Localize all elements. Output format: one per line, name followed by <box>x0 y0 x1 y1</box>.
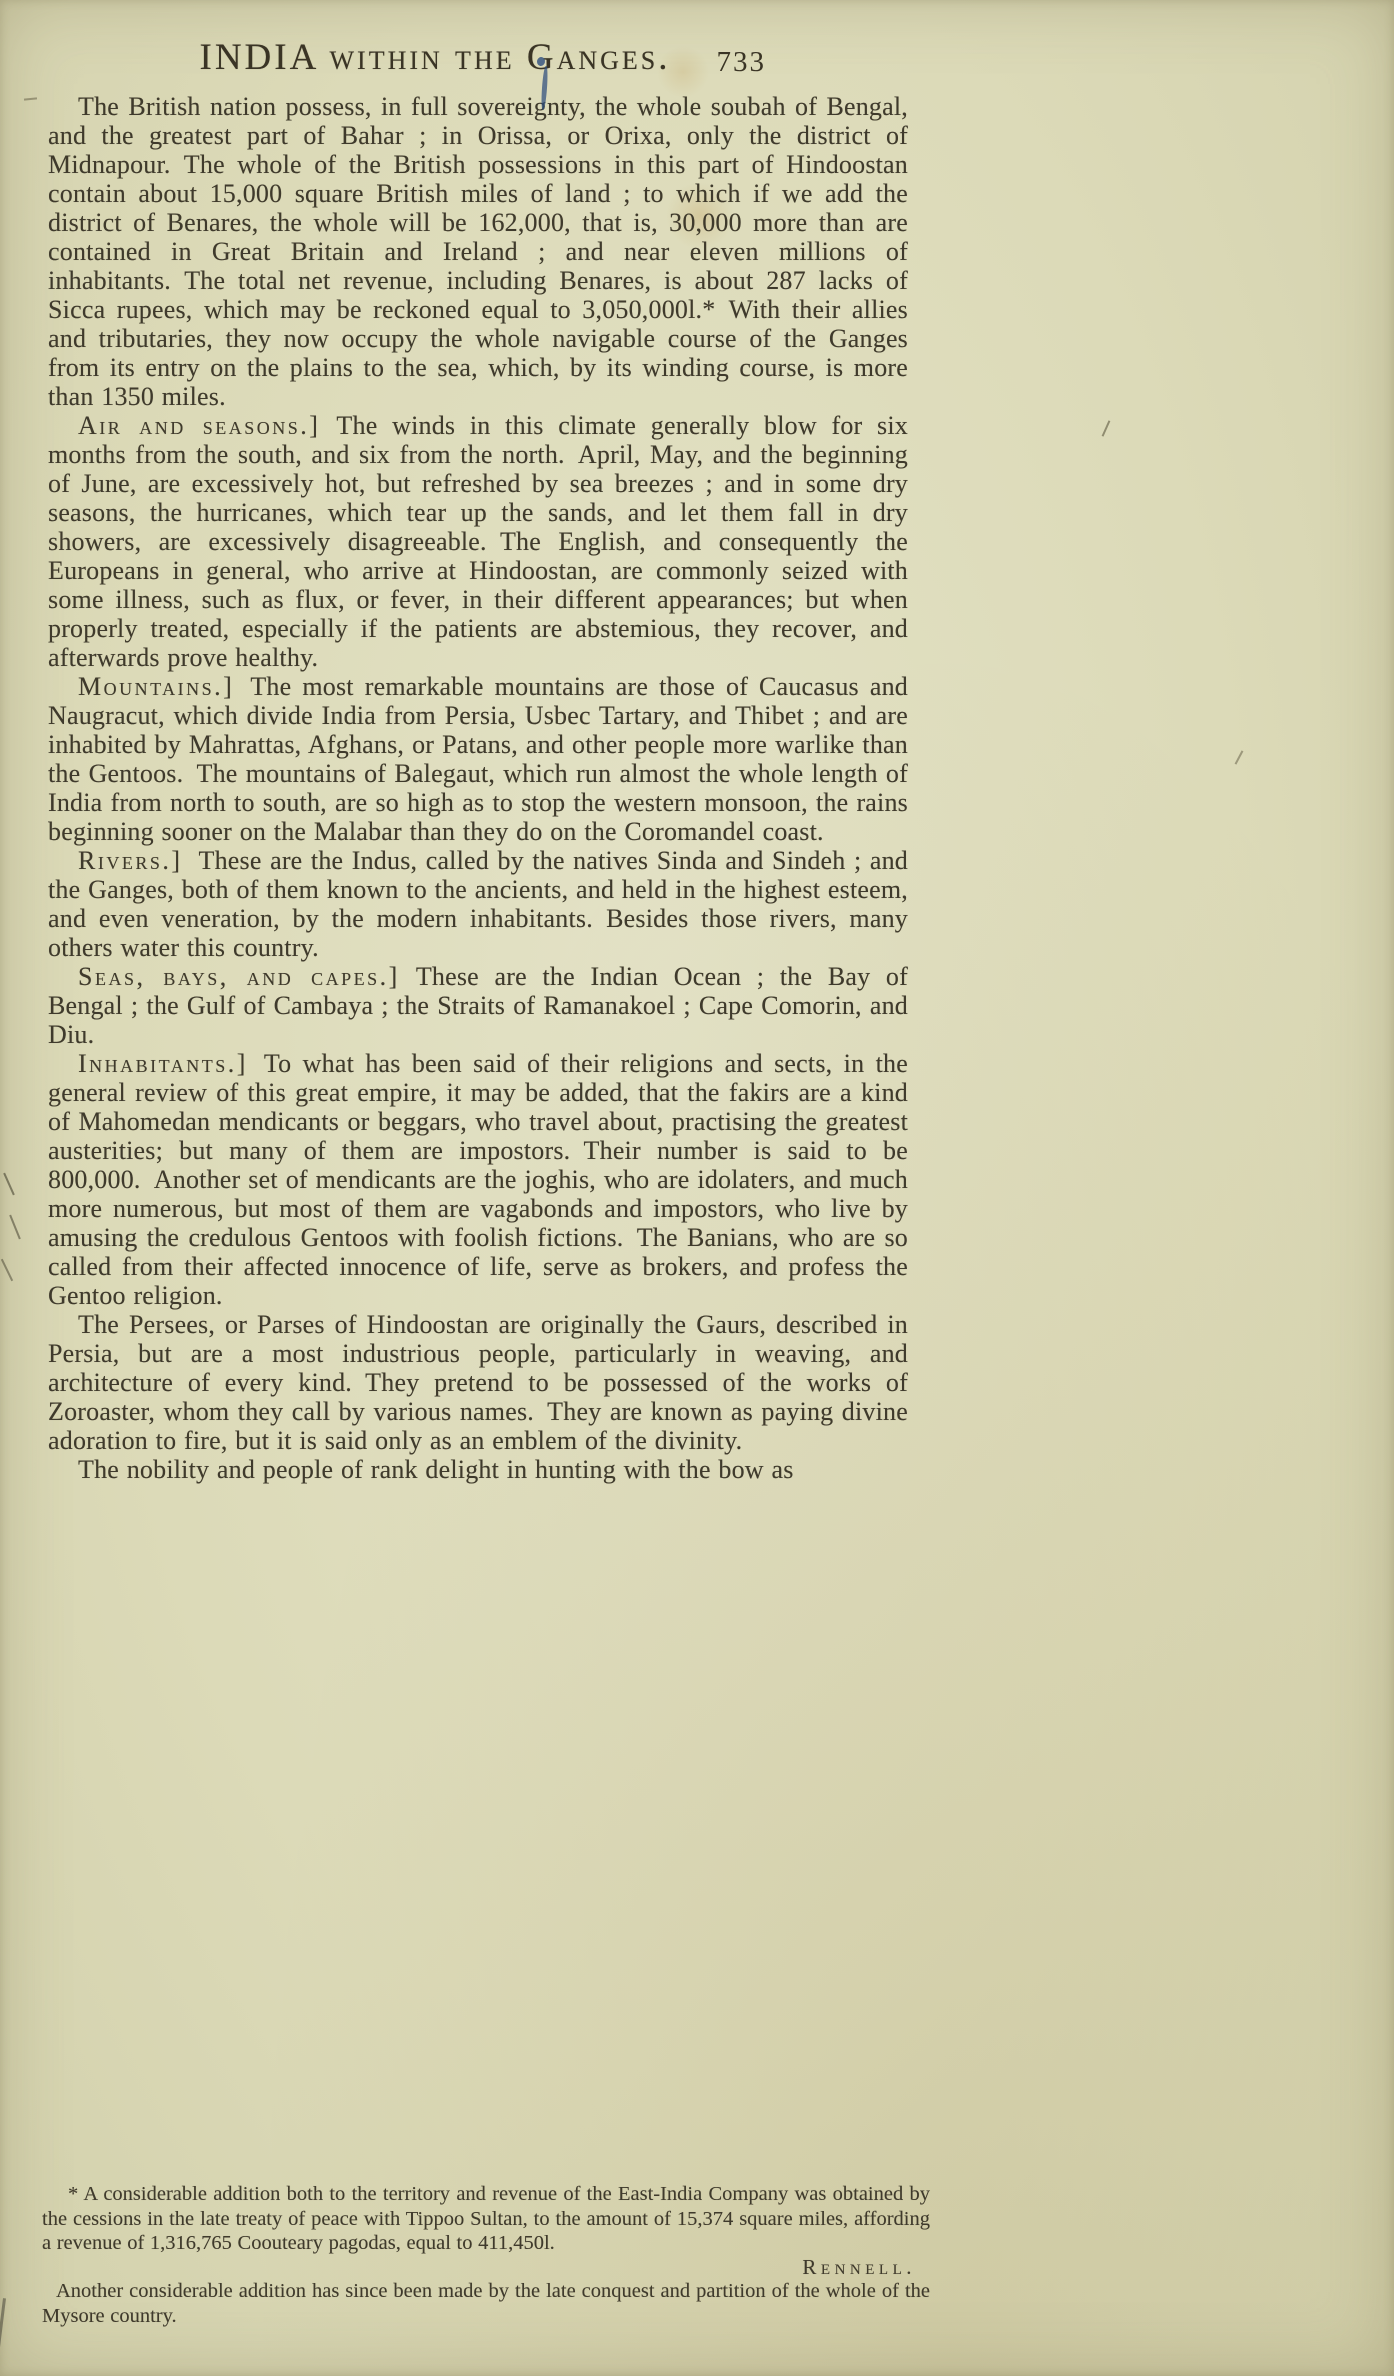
page-title: INDIA within the Ganges. <box>200 36 671 79</box>
pencil-mark <box>1 1259 13 1281</box>
paragraph-text: The nobility and people of rank delight … <box>78 1455 794 1484</box>
pencil-mark <box>1235 750 1244 764</box>
paragraph-mountains: Mountains.]The most remarkable mountains… <box>48 672 908 846</box>
paragraph-text: To what has been said of their religions… <box>48 1049 908 1310</box>
page-header: INDIA within the Ganges. 733 <box>48 36 908 92</box>
pencil-mark <box>9 1215 21 1240</box>
footnote-signature: Rennell. <box>42 2255 930 2280</box>
page-number: 733 <box>717 46 767 79</box>
section-heading: Rivers.] <box>78 846 183 875</box>
paragraph-seas-bays-capes: Seas, bays, and capes.]These are the Ind… <box>48 962 908 1049</box>
section-heading: Seas, bays, and capes.] <box>78 962 400 991</box>
paragraph-british-possessions: The British nation possess, in full sove… <box>48 92 908 411</box>
section-heading: Air and seasons.] <box>78 411 320 440</box>
paragraph-text: The winds in this climate generally blow… <box>48 411 908 672</box>
footnote-text: A considerable addition both to the terr… <box>42 2183 930 2254</box>
paragraph-text: The Persees, or Parses of Hindoostan are… <box>48 1310 908 1455</box>
footnote: * A considerable addition both to the te… <box>42 2182 930 2328</box>
paragraph-rivers: Rivers.]These are the Indus, called by t… <box>48 846 908 962</box>
body-text: The British nation possess, in full sove… <box>48 92 908 1484</box>
section-heading: Inhabitants.] <box>78 1049 248 1078</box>
paragraph-air-and-seasons: Air and seasons.]The winds in this clima… <box>48 411 908 672</box>
pencil-mark <box>3 1173 15 1196</box>
pencil-mark <box>24 97 37 100</box>
footnote-asterisk: * <box>68 2183 78 2205</box>
paragraph-inhabitants: Inhabitants.]To what has been said of th… <box>48 1049 908 1310</box>
pencil-mark <box>1102 420 1111 436</box>
paragraph-text: The British nation possess, in full sove… <box>48 92 908 411</box>
page-edge-mark <box>0 2298 6 2376</box>
footnote-paragraph: * A considerable addition both to the te… <box>42 2182 930 2256</box>
section-heading: Mountains.] <box>78 672 234 701</box>
book-page: INDIA within the Ganges. 733 The British… <box>0 0 1394 2376</box>
footnote-paragraph: Another considerable addition has since … <box>42 2279 930 2328</box>
paragraph-persees: The Persees, or Parses of Hindoostan are… <box>48 1310 908 1455</box>
paragraph-nobility: The nobility and people of rank delight … <box>48 1455 908 1484</box>
